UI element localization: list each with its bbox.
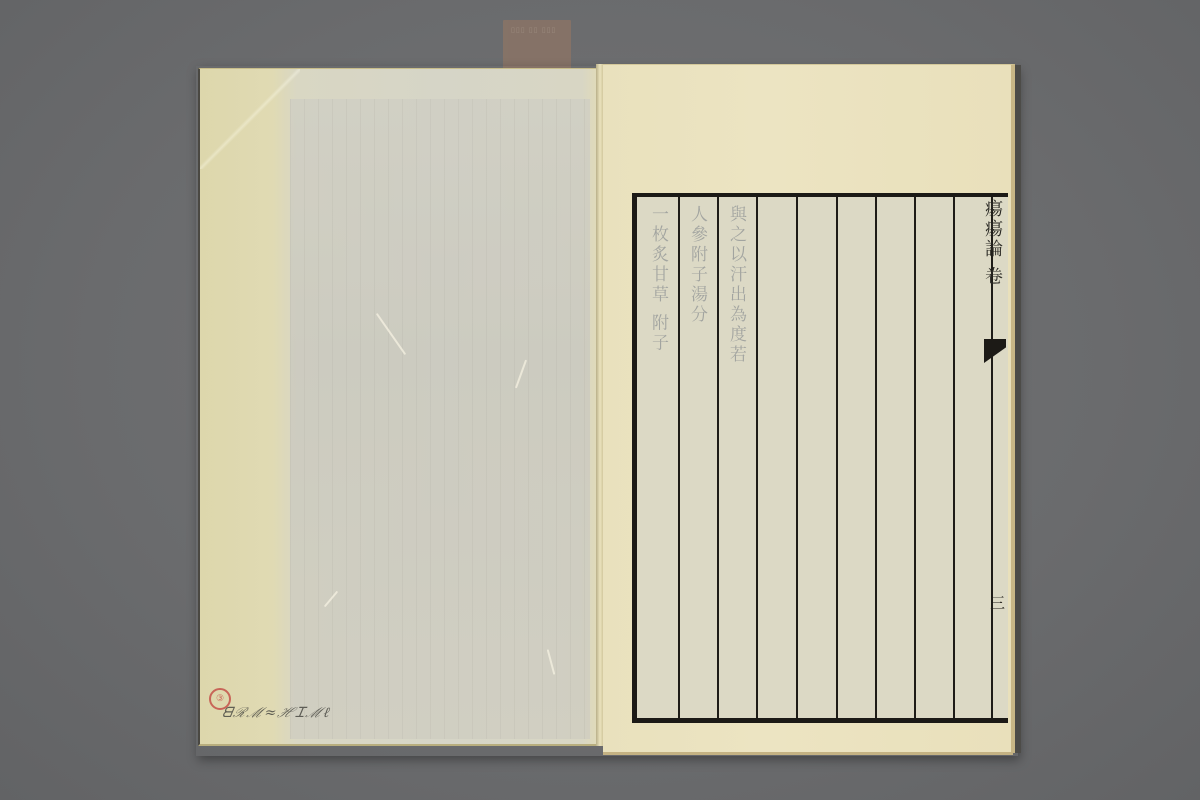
- column-rule: [796, 197, 798, 718]
- fishtail-marker-icon: [984, 339, 1006, 363]
- column-rule: [914, 197, 916, 718]
- text-column: 人參附子湯分: [688, 205, 708, 325]
- label-slip-text: ▯▯▯ ▯▯ ▯▯▯: [511, 26, 563, 66]
- corner-fold: [200, 69, 300, 169]
- text-column: 與之以汗出為度若: [727, 205, 747, 365]
- column-rule: [953, 197, 955, 718]
- left-page: ③ ᗺℛℳ≈ℋᏆℳℓ: [198, 68, 602, 746]
- right-page: 一枚炙甘草 附子 人參附子湯分 與之以汗出為度若 瘍瘍論 卷 三: [603, 64, 1015, 753]
- page-edge-shadow: [1015, 65, 1021, 753]
- folio-number: 三: [987, 595, 1008, 610]
- column-rule: [717, 197, 719, 718]
- photo-scene: ▯▯▯ ▯▯ ▯▯▯ ③ ᗺℛℳ≈ℋᏆℳℓ 一枚炙甘草 附子 人參附子湯分 與之…: [0, 0, 1200, 800]
- printed-frame: 一枚炙甘草 附子 人參附子湯分 與之以汗出為度若 瘍瘍論 卷 三: [632, 193, 1008, 723]
- handwritten-inscription: ᗺℛℳ≈ℋᏆℳℓ: [221, 705, 332, 722]
- tissue-overlay: [290, 99, 590, 739]
- text-column: 一枚炙甘草 附子: [649, 205, 669, 353]
- column-rule: [836, 197, 838, 718]
- column-rule: [875, 197, 877, 718]
- column-rule: [678, 197, 680, 718]
- chapter-heading: 瘍瘍論 卷: [982, 199, 1002, 287]
- column-rule: [756, 197, 758, 718]
- page-stack-edge: [603, 752, 1013, 755]
